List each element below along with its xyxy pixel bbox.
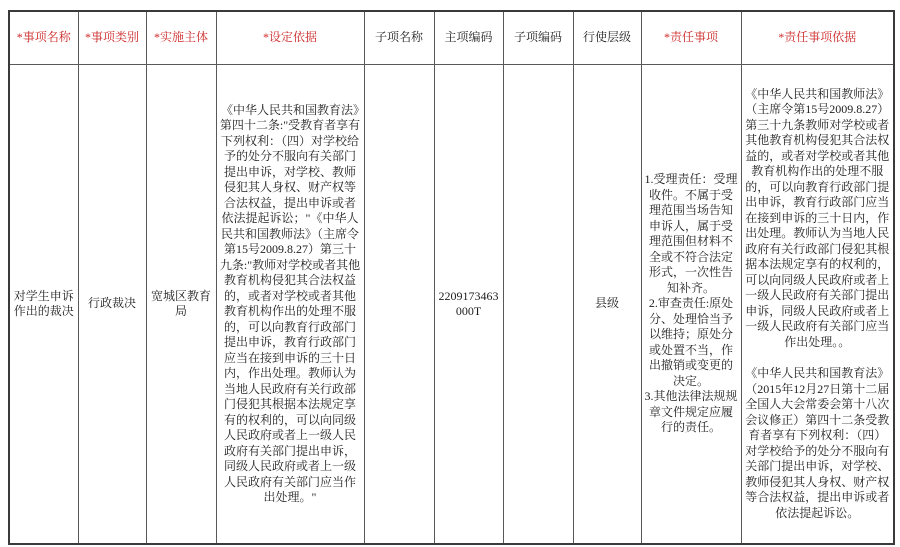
cell-matter-name: 对学生申诉作出的裁决 [9, 65, 78, 545]
responsibility-item-3: 3.其他法律法规规章文件规定应履行的责任。 [645, 389, 738, 436]
responsibility-item-1: 1.受理责任：受理收件。不属于受理范围当场告知申诉人，属于受理范围但材料不全或不… [645, 172, 738, 296]
cell-main-code: 2209173463000T [434, 65, 503, 545]
table-row: 对学生申诉作出的裁决 行政裁决 宽城区教育局 《中华人民共和国教育法》第四十二条… [9, 65, 894, 545]
header-matter-name: *事项名称 [9, 11, 78, 65]
header-main-code: 主项编码 [434, 11, 503, 65]
header-implementing-body: *实施主体 [146, 11, 216, 65]
header-matter-category: *事项类别 [78, 11, 146, 65]
header-setting-basis: *设定依据 [216, 11, 364, 65]
responsibility-basis-paragraph-1: 《中华人民共和国教师法》（主席令第15号2009.8.27）第三十九条教师对学校… [745, 87, 891, 351]
cell-setting-basis: 《中华人民共和国教育法》第四十二条:"受教育者享有下列权利：（四）对学校给予的处… [216, 65, 364, 545]
cell-responsibility-items: 1.受理责任：受理收件。不属于受理范围当场告知申诉人，属于受理范围但材料不全或不… [641, 65, 741, 545]
header-responsibility-items: *责任事项 [641, 11, 741, 65]
header-subitem-code: 子项编码 [503, 11, 573, 65]
administrative-matters-table: *事项名称 *事项类别 *实施主体 *设定依据 子项名称 主项编码 子项编码 行… [8, 10, 895, 545]
cell-implementing-body: 宽城区教育局 [146, 65, 216, 545]
header-responsibility-basis: *责任事项依据 [741, 11, 894, 65]
table-header-row: *事项名称 *事项类别 *实施主体 *设定依据 子项名称 主项编码 子项编码 行… [9, 11, 894, 65]
responsibility-item-2: 2.审查责任:原处分、处理恰当予以维持；原处分或处置不当，作出撤销或变更的决定。 [645, 296, 738, 389]
header-exercise-level: 行使层级 [573, 11, 641, 65]
cell-responsibility-basis: 《中华人民共和国教师法》（主席令第15号2009.8.27）第三十九条教师对学校… [741, 65, 894, 545]
cell-subitem-code [503, 65, 573, 545]
cell-exercise-level: 县级 [573, 65, 641, 545]
page: *事项名称 *事项类别 *实施主体 *设定依据 子项名称 主项编码 子项编码 行… [0, 0, 900, 547]
cell-subitem-name [364, 65, 434, 545]
header-subitem-name: 子项名称 [364, 11, 434, 65]
cell-matter-category: 行政裁决 [78, 65, 146, 545]
responsibility-basis-paragraph-2: 《中华人民共和国教育法》（2015年12月27日第十二届全国人大会常委会第十八次… [745, 366, 891, 521]
